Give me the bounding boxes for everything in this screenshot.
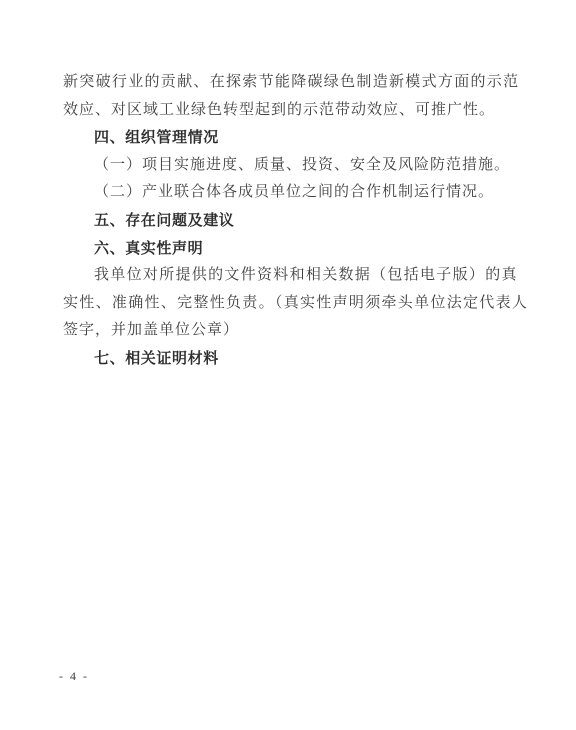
body-line: 我单位对所提供的文件资料和相关数据（包括电子版）的真 <box>63 262 515 290</box>
body-line: （二）产业联合体各成员单位之间的合作机制运行情况。 <box>63 179 515 207</box>
heading-line: 五、存在问题及建议 <box>63 207 515 235</box>
heading-line: 四、组织管理情况 <box>63 124 515 152</box>
body-line: 效应、对区域工业绿色转型起到的示范带动效应、可推广性。 <box>63 97 515 125</box>
body-line: 实性、准确性、完整性负责。（真实性声明须牵头单位法定代表人 <box>63 290 515 318</box>
document-page: 新突破行业的贡献、在探索节能降碳绿色制造新模式方面的示范效应、对区域工业绿色转型… <box>0 0 576 730</box>
body-line: （一）项目实施进度、质量、投资、安全及风险防范措施。 <box>63 152 515 180</box>
heading-line: 六、真实性声明 <box>63 235 515 263</box>
body-line: 签字，并加盖单位公章） <box>63 317 515 345</box>
body-line: 新突破行业的贡献、在探索节能降碳绿色制造新模式方面的示范 <box>63 69 515 97</box>
document-body: 新突破行业的贡献、在探索节能降碳绿色制造新模式方面的示范效应、对区域工业绿色转型… <box>63 69 515 373</box>
heading-line: 七、相关证明材料 <box>63 345 515 373</box>
page-number: - 4 - <box>59 666 89 686</box>
